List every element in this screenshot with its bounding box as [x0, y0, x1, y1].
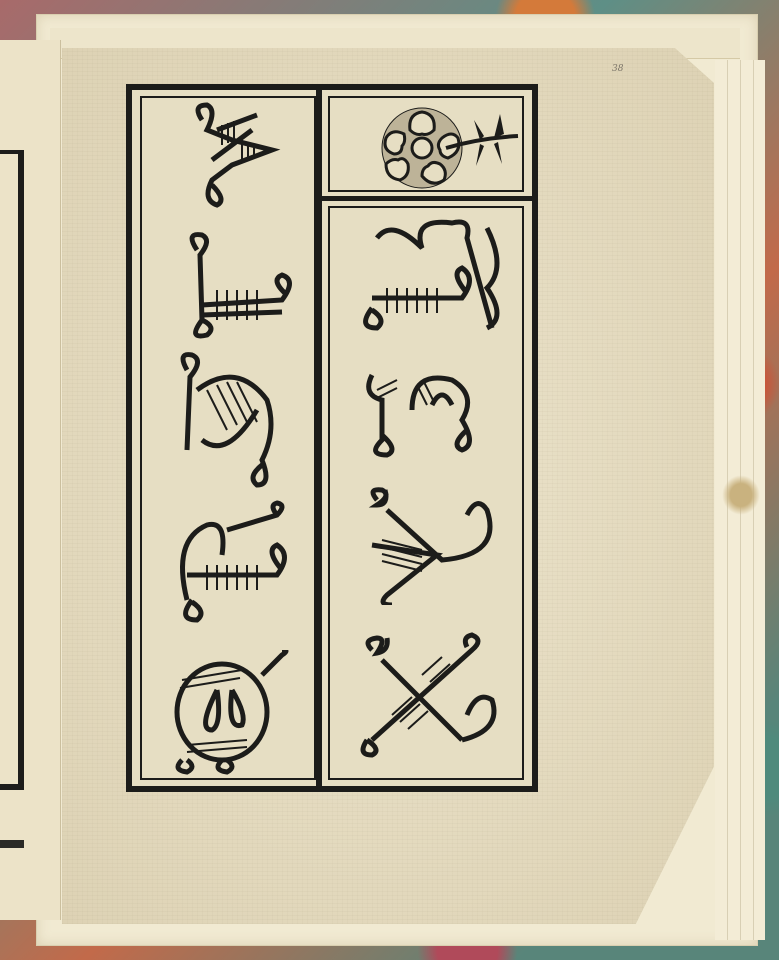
facing-page-woodcut-frame — [0, 150, 24, 790]
ornamental-initial-t-icon — [352, 485, 502, 605]
rose-panel — [328, 96, 524, 192]
woodcut-block — [126, 84, 538, 792]
facing-page-rule — [0, 840, 24, 848]
ornamental-initial-r-icon — [352, 208, 512, 343]
ornamental-initial-n-icon — [167, 500, 297, 630]
rose-icon — [330, 98, 526, 194]
ornamental-initial-m-icon — [167, 350, 297, 490]
ornamental-initial-x-icon — [352, 630, 507, 770]
ornamental-initial-l-icon — [172, 230, 302, 340]
ornamental-initial-o-icon — [162, 650, 297, 775]
column-divider — [316, 90, 322, 786]
ornamental-initial-k-icon — [172, 100, 292, 210]
facing-page — [0, 40, 61, 920]
rose-separator — [322, 196, 532, 201]
ornamental-initial-s-icon — [352, 360, 492, 460]
folio-number: 38 — [612, 64, 623, 74]
binding-thread — [722, 475, 760, 515]
